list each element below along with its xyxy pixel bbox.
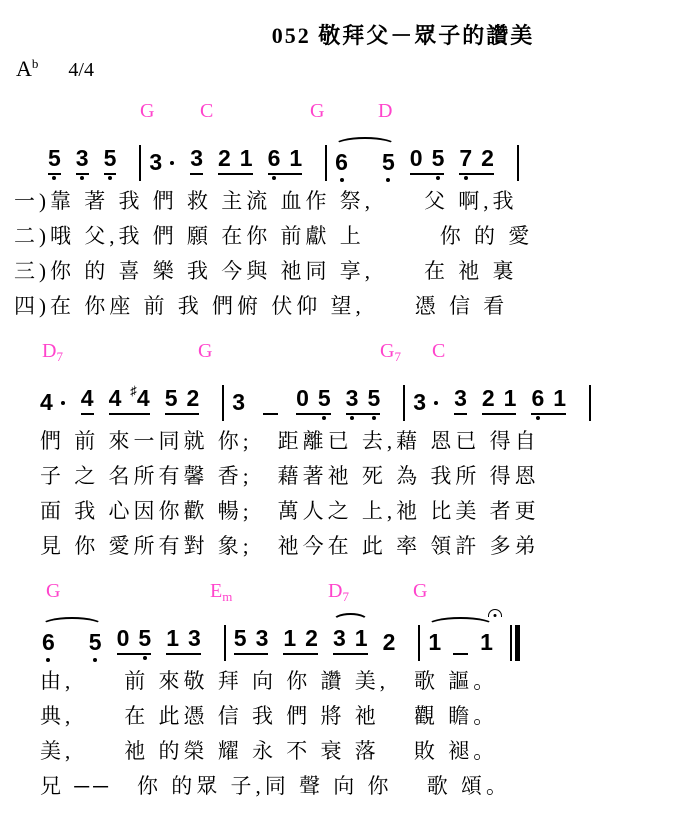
lyric-line: 三)你 的 喜 樂 我 今與 祂同 享, 在 祂 裏 <box>0 254 686 289</box>
note-digit: 5 <box>89 630 102 655</box>
note-digit: 3 <box>256 626 269 651</box>
note: 1 <box>240 146 253 171</box>
note-digit: 3 <box>76 146 89 171</box>
note: 2 <box>481 146 494 171</box>
augmentation-dot <box>434 401 438 405</box>
note: 2 <box>218 146 231 171</box>
note: 1 <box>480 630 493 655</box>
note-digit: 0 <box>410 146 423 171</box>
sharp-icon: ♯ <box>130 378 137 403</box>
note: 0 <box>117 626 130 651</box>
note-digit: 6 <box>335 150 348 175</box>
note: 0 <box>296 386 309 411</box>
note-digit: 6 <box>268 146 281 171</box>
chord-label: G <box>140 100 154 123</box>
note-group: 53 <box>234 626 269 655</box>
note-group: 72 <box>459 146 494 175</box>
note: 2 <box>482 386 495 411</box>
note: 5 <box>89 630 102 655</box>
barline <box>325 145 327 181</box>
lyric-line: 由, 前 來敬 拜 向 你 讚 美, 歌 謳。 <box>0 664 686 699</box>
note-group: 3 <box>232 390 245 415</box>
note-group: 4 <box>40 390 66 415</box>
note-group: 12 <box>283 626 318 655</box>
note-digit: 5 <box>165 386 178 411</box>
note: 3 <box>413 390 439 415</box>
note-group: 61 <box>268 146 303 175</box>
lyric-line: 兄 ── 你 的眾 子,同 聲 向 你 歌 頌。 <box>0 769 686 804</box>
music-systems-container: GCGD535332161650572一)靠 著 我 們 救 主流 血作 祭, … <box>0 100 686 804</box>
note: 3 <box>76 146 89 171</box>
lyrics-block: 一)靠 著 我 們 救 主流 血作 祭, 父 啊,我二)哦 父,我 們 願 在你… <box>0 184 686 324</box>
note <box>260 413 281 416</box>
note-digit: 4 <box>40 390 53 415</box>
note-group: 65 <box>42 630 102 655</box>
lyrics-block: 由, 前 來敬 拜 向 你 讚 美, 歌 謳。典, 在 此憑 信 我 們 將 祂… <box>0 664 686 804</box>
note-digit: 3 <box>188 626 201 651</box>
note-group: 21 <box>482 386 517 415</box>
note-group: 05 <box>117 626 152 655</box>
note-digit: 1 <box>553 386 566 411</box>
chord-subscript: m <box>222 589 232 604</box>
duration-dash <box>453 653 468 656</box>
chord-label: D7 <box>42 340 63 365</box>
note: 5 <box>104 146 117 171</box>
note-group: 4 <box>81 386 94 415</box>
low-octave-dot <box>372 416 376 420</box>
note: 3 <box>188 626 201 651</box>
fermata-icon <box>488 609 502 617</box>
note-digit: 2 <box>218 146 231 171</box>
lyric-line: 四)在 你座 前 我 們俯 伏仰 望, 憑 信 看 <box>0 289 686 324</box>
note: 5 <box>165 386 178 411</box>
lyric-line: 面 我 心因你歡 暢; 萬人之 上,祂 比美 者更 <box>0 494 686 529</box>
low-octave-dot <box>80 176 84 180</box>
note-digit: 0 <box>296 386 309 411</box>
note-group <box>260 413 281 416</box>
note-digit: 5 <box>104 146 117 171</box>
note-digit: 6 <box>42 630 55 655</box>
hymn-sheet-page: 052 敬拜父－眾子的讚美 Ab4/4 GCGD535332161650572一… <box>0 0 686 833</box>
note-group: 35 <box>346 386 381 415</box>
note-digit: 7 <box>459 146 472 171</box>
note-digit: 5 <box>234 626 247 651</box>
note: 4 <box>109 386 122 411</box>
note-digit: 3 <box>454 386 467 411</box>
note-digit: 4 <box>81 386 94 411</box>
low-octave-dot <box>464 176 468 180</box>
note-group: 2 <box>383 630 396 655</box>
page-title: 052 敬拜父－眾子的讚美 <box>0 0 686 50</box>
note-digit: 3 <box>190 146 203 171</box>
note-digit: 4 <box>137 386 150 411</box>
duration-dash <box>263 413 278 416</box>
chord-label: Em <box>210 580 232 605</box>
music-system: D7GG7C444♯45230535332161們 前 來一同就 你; 距離已 … <box>0 340 686 564</box>
note-group: 3 <box>149 150 175 175</box>
chord-label: C <box>432 340 445 363</box>
note: 3 <box>333 626 346 651</box>
note-digit: 2 <box>482 386 495 411</box>
notation-line: 444♯45230535332161 <box>0 365 686 415</box>
note-group: 3 <box>413 390 439 415</box>
note: 4 <box>81 386 94 411</box>
chord-label: D7 <box>328 580 349 605</box>
lyric-line: 們 前 來一同就 你; 距離已 去,藉 恩已 得自 <box>0 424 686 459</box>
barline <box>589 385 591 421</box>
chord-row: GCGD <box>0 100 686 125</box>
barline <box>139 145 141 181</box>
note: 3 <box>346 386 359 411</box>
chord-label: C <box>200 100 213 123</box>
note-group: 52 <box>165 386 200 415</box>
note: 5 <box>138 626 151 651</box>
chord-label: D <box>378 100 392 123</box>
note: 1 <box>553 386 566 411</box>
note-group: 05 <box>410 146 445 175</box>
note: 3 <box>256 626 269 651</box>
note-digit: 1 <box>240 146 253 171</box>
note: 3 <box>149 150 175 175</box>
chord-subscript: 7 <box>56 349 63 364</box>
note <box>450 653 471 656</box>
chord-subscript: 7 <box>342 589 349 604</box>
chord-label: G <box>310 100 324 123</box>
note-digit: 5 <box>432 146 445 171</box>
note: 1 <box>355 626 368 651</box>
key-signature-row: Ab4/4 <box>0 56 686 84</box>
lyric-line: 典, 在 此憑 信 我 們 將 祂 觀 瞻。 <box>0 699 686 734</box>
time-signature: 4/4 <box>68 59 94 81</box>
note-group: 05 <box>296 386 331 415</box>
note: 1 <box>289 146 302 171</box>
low-octave-dot <box>350 416 354 420</box>
note-digit: 1 <box>355 626 368 651</box>
lyrics-block: 們 前 來一同就 你; 距離已 去,藉 恩已 得自子 之 名所有馨 香; 藉著祂… <box>0 424 686 564</box>
note-digit: 5 <box>367 386 380 411</box>
music-system: GEmD7G650513531231211由, 前 來敬 拜 向 你 讚 美, … <box>0 580 686 804</box>
final-barline-thick <box>515 625 520 661</box>
note: 3 <box>454 386 467 411</box>
key-accidental: b <box>32 56 39 71</box>
note-digit: 3 <box>232 390 245 415</box>
chord-row: GEmD7G <box>0 580 686 605</box>
low-octave-dot <box>108 176 112 180</box>
note: 2 <box>383 630 396 655</box>
note-digit: 2 <box>383 630 396 655</box>
note-group: 3 <box>190 146 203 175</box>
chord-label: G <box>413 580 427 603</box>
note-digit: 1 <box>166 626 179 651</box>
chord-subscript: 7 <box>394 349 401 364</box>
low-octave-dot <box>340 178 344 182</box>
note: 6 <box>335 150 348 175</box>
note: 5 <box>367 386 380 411</box>
note: 1 <box>504 386 517 411</box>
note-digit: 3 <box>346 386 359 411</box>
note-group: 21 <box>218 146 253 175</box>
low-octave-dot <box>536 416 540 420</box>
note-group: 31 <box>333 626 368 655</box>
note-digit: 0 <box>117 626 130 651</box>
augmentation-dot <box>61 401 65 405</box>
note: 4 <box>40 390 66 415</box>
note-group: 3 <box>454 386 467 415</box>
note-digit: 2 <box>186 386 199 411</box>
note: 5 <box>234 626 247 651</box>
note: 5 <box>382 150 395 175</box>
note: 1 <box>166 626 179 651</box>
music-system: GCGD535332161650572一)靠 著 我 們 救 主流 血作 祭, … <box>0 100 686 324</box>
low-octave-dot <box>386 178 390 182</box>
chord-label: G7 <box>380 340 401 365</box>
notation-line: 535332161650572 <box>0 125 686 175</box>
note-digit: 1 <box>283 626 296 651</box>
note-group: 5 <box>104 146 117 175</box>
lyric-line: 子 之 名所有馨 香; 藉著祂 死 為 我所 得恩 <box>0 459 686 494</box>
note-digit: 5 <box>318 386 331 411</box>
lyric-line: 二)哦 父,我 們 願 在你 前獻 上 你 的 愛 <box>0 219 686 254</box>
note-digit: 1 <box>480 630 493 655</box>
note: ♯4 <box>130 386 149 411</box>
chord-label: G <box>46 580 60 603</box>
low-octave-dot <box>322 416 326 420</box>
note: 6 <box>531 386 544 411</box>
barline <box>517 145 519 181</box>
note: 1 <box>283 626 296 651</box>
note-digit: 3 <box>333 626 346 651</box>
low-octave-dot <box>52 176 56 180</box>
final-barline <box>510 625 520 661</box>
note-digit: 5 <box>138 626 151 651</box>
note-digit: 4 <box>109 386 122 411</box>
lyric-line: 一)靠 著 我 們 救 主流 血作 祭, 父 啊,我 <box>0 184 686 219</box>
augmentation-dot <box>170 161 174 165</box>
note-digit: 5 <box>48 146 61 171</box>
note-digit: 3 <box>149 150 162 175</box>
barline <box>403 385 405 421</box>
note-digit: 3 <box>413 390 426 415</box>
lyric-line: 見 你 愛所有對 象; 祂今在 此 率 領許 多弟 <box>0 529 686 564</box>
lyric-line: 美, 祂 的榮 耀 永 不 衰 落 敗 褪。 <box>0 734 686 769</box>
low-octave-dot <box>93 658 97 662</box>
note: 0 <box>410 146 423 171</box>
barline <box>222 385 224 421</box>
note: 6 <box>268 146 281 171</box>
note: 2 <box>305 626 318 651</box>
notation-line: 650513531231211 <box>0 605 686 655</box>
note-digit: 2 <box>305 626 318 651</box>
note: 6 <box>42 630 55 655</box>
note-group: 3 <box>76 146 89 175</box>
chord-row: D7GG7C <box>0 340 686 365</box>
note-group: 11 <box>428 630 493 655</box>
note: 5 <box>318 386 331 411</box>
final-barline-thin <box>510 625 512 661</box>
chord-label: G <box>198 340 212 363</box>
note-group: 61 <box>531 386 566 415</box>
note: 5 <box>48 146 61 171</box>
barline <box>224 625 226 661</box>
note-digit: 5 <box>382 150 395 175</box>
low-octave-dot <box>143 656 147 660</box>
note-group: 65 <box>335 150 395 175</box>
low-octave-dot <box>436 176 440 180</box>
low-octave-dot <box>272 176 276 180</box>
key-letter: A <box>16 56 32 81</box>
note-digit: 1 <box>428 630 441 655</box>
barline <box>418 625 420 661</box>
low-octave-dot <box>46 658 50 662</box>
note: 2 <box>186 386 199 411</box>
note-digit: 1 <box>504 386 517 411</box>
note-group: 13 <box>166 626 201 655</box>
note: 3 <box>232 390 245 415</box>
note-digit: 6 <box>531 386 544 411</box>
note: 7 <box>459 146 472 171</box>
note-group: 4♯4 <box>109 386 150 415</box>
note: 1 <box>428 630 441 655</box>
note-digit: 2 <box>481 146 494 171</box>
note-digit: 1 <box>289 146 302 171</box>
note: 3 <box>190 146 203 171</box>
note-group: 5 <box>48 146 61 175</box>
note: 5 <box>432 146 445 171</box>
